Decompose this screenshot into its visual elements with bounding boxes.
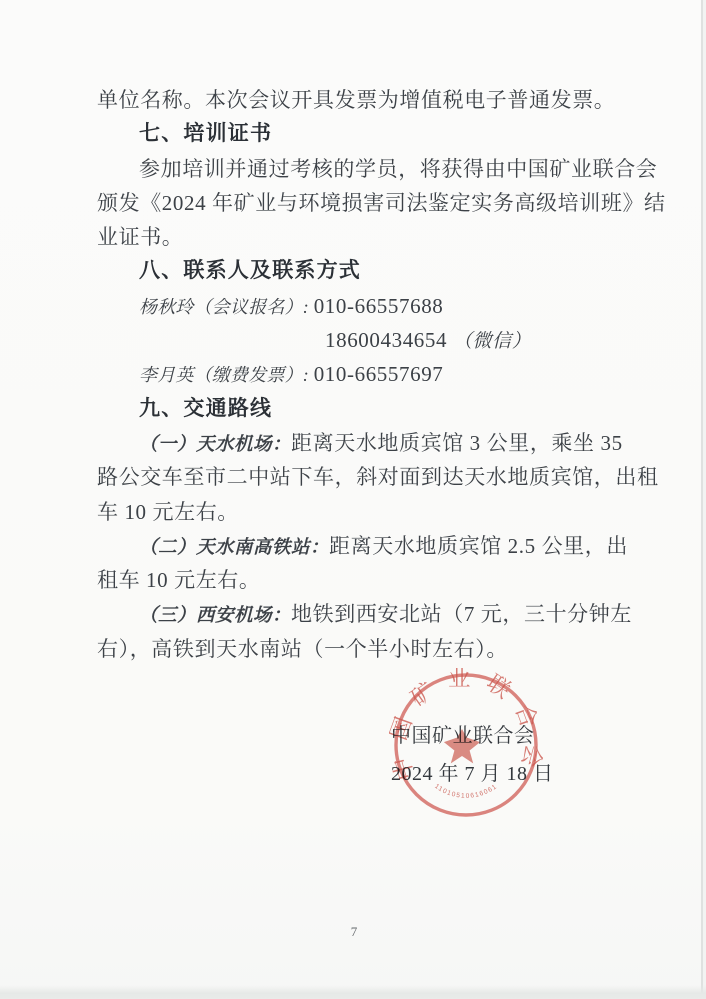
contact2-phone: 010-66557697 <box>314 362 444 386</box>
contact1-phone: 010-66557688 <box>314 294 444 318</box>
route1-line-3: 车 10 元左右。 <box>97 495 622 529</box>
scan-edge-artifact-bottom <box>0 985 706 999</box>
page-number: 7 <box>346 924 362 940</box>
seal-star-icon <box>444 729 480 763</box>
official-seal-stamp: 中国矿业联合会 11010510616061 <box>389 668 543 822</box>
route2-label: （二）天水南高铁站： <box>139 538 329 558</box>
document-body: 单位名称。本次会议开具发票为增值税电子普通发票。 七、培训证书 参加培训并通过考… <box>97 83 622 666</box>
section-heading-7: 七、培训证书 <box>97 117 622 151</box>
scan-edge-artifact-right <box>701 0 703 999</box>
route2-text: 距离天水地质宾馆 2.5 公里，出 <box>329 534 628 558</box>
scanned-page-background: 单位名称。本次会议开具发票为增值税电子普通发票。 七、培训证书 参加培训并通过考… <box>0 0 706 999</box>
contact1-phone2: 18600434654 <box>325 328 453 352</box>
route1-text: 距离天水地质宾馆 3 公里，乘坐 35 <box>291 431 623 455</box>
route2-line-1: （二）天水南高铁站：距离天水地质宾馆 2.5 公里，出 <box>97 529 622 563</box>
route3-label: （三）西安机场： <box>139 606 291 626</box>
contact-line-3: 李月英（缴费发票）: 010-66557697 <box>97 357 622 391</box>
contact-line-2: 18600434654 （微信） <box>97 323 622 357</box>
route1-line-1: （一）天水机场：距离天水地质宾馆 3 公里，乘坐 35 <box>97 426 622 460</box>
contact2-name: 李月英（缴费发票）: <box>139 365 314 385</box>
contact-line-1: 杨秋玲（会议报名）: 010-66557688 <box>97 289 622 323</box>
contact1-phone2-note: （微信） <box>453 331 531 352</box>
paragraph-invoice: 单位名称。本次会议开具发票为增值税电子普通发票。 <box>97 83 622 117</box>
section7-line-1: 参加培训并通过考核的学员，将获得由中国矿业联合会 <box>97 152 622 186</box>
section7-line-3: 业证书。 <box>97 220 622 254</box>
seal-code-text: 11010510616061 <box>433 783 499 800</box>
section-heading-8: 八、联系人及联系方式 <box>97 254 622 288</box>
route3-line-1: （三）西安机场：地铁到西安北站（7 元，三十分钟左 <box>97 597 622 631</box>
contact1-name: 杨秋玲（会议报名）: <box>139 297 314 317</box>
seal-ring-text: 中国矿业联合会 <box>389 668 543 783</box>
route3-line-2: 右），高铁到天水南站（一个半小时左右）。 <box>97 632 622 666</box>
document-page: { "document": { "intro_line": "单位名称。本次会议… <box>0 0 706 999</box>
route3-text: 地铁到西安北站（7 元，三十分钟左 <box>291 602 632 626</box>
section-heading-9: 九、交通路线 <box>97 392 622 426</box>
route1-label: （一）天水机场： <box>139 435 291 455</box>
route2-line-2: 租车 10 元左右。 <box>97 563 622 597</box>
section7-line-2: 颁发《2024 年矿业与环境损害司法鉴定实务高级培训班》结 <box>97 186 622 220</box>
route1-line-2: 路公交车至市二中站下车，斜对面到达天水地质宾馆，出租 <box>97 460 622 494</box>
